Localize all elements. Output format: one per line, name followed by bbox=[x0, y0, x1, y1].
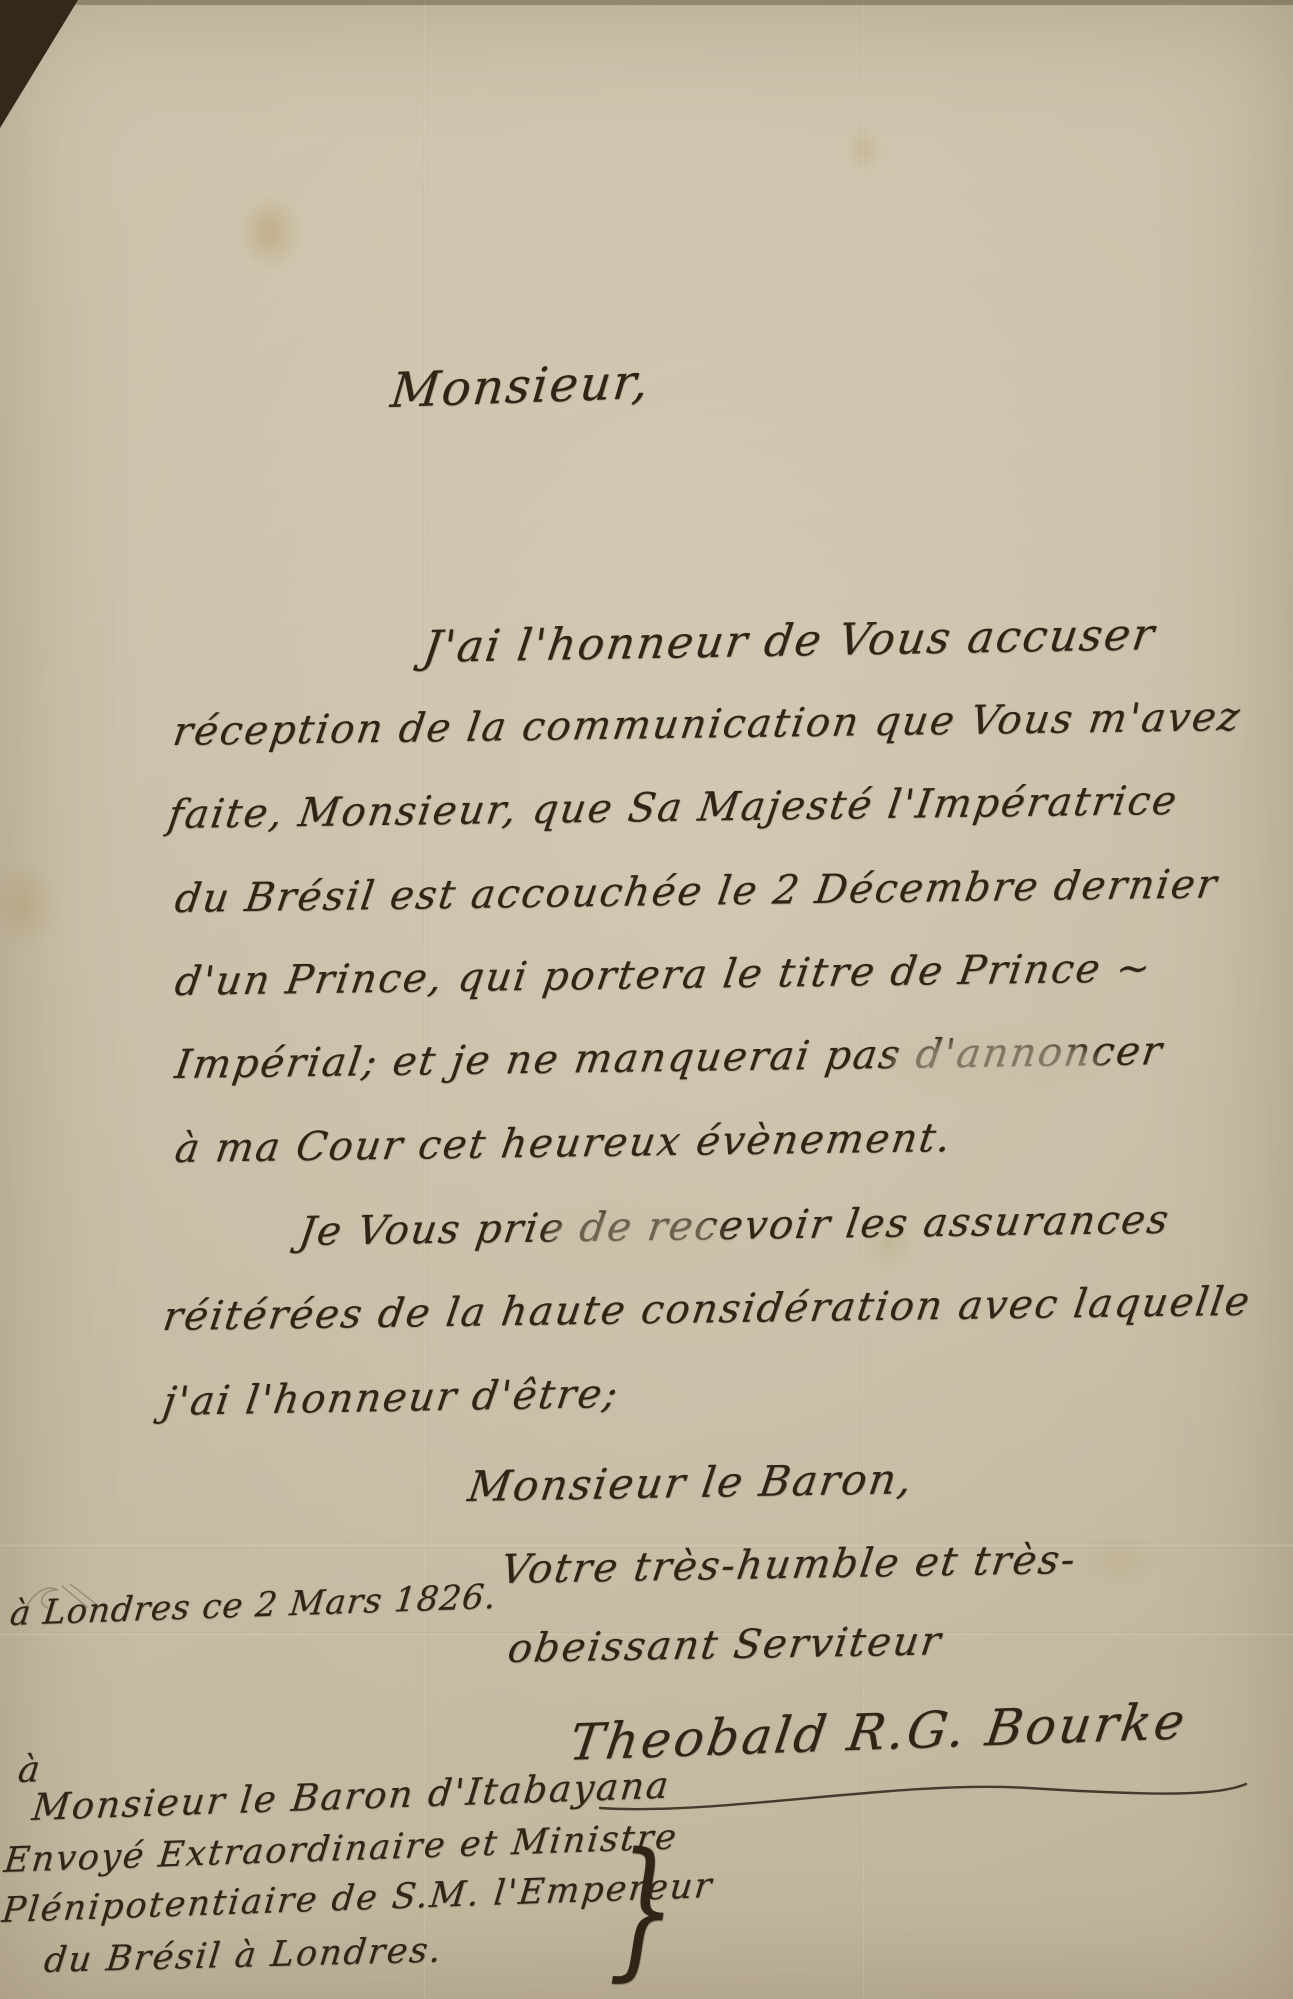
letter-page: Monsieur, J'ai l'honneur de Vous accuser… bbox=[0, 0, 1293, 1999]
body-line: du Brésil est accouchée le 2 Décembre de… bbox=[172, 861, 1221, 922]
signature-flourish-line bbox=[598, 1778, 1248, 1818]
address-line: du Brésil à Londres. bbox=[42, 1930, 445, 1981]
closing-line: obeissant Serviteur bbox=[505, 1618, 945, 1672]
vertical-fold-crease bbox=[862, 0, 865, 1999]
body-line: j'ai l'honneur d'être; bbox=[160, 1371, 622, 1425]
body-line: à ma Cour cet heureux évènement. bbox=[172, 1115, 955, 1172]
page-corner-shadow bbox=[0, 0, 78, 128]
address-brace: } bbox=[608, 1818, 678, 1998]
address-line: Monsieur le Baron d'Itabayana bbox=[30, 1764, 672, 1829]
body-line: Je Vous prie de recevoir les assurances bbox=[296, 1197, 1173, 1255]
body-line: réception de la communication que Vous m… bbox=[170, 694, 1244, 755]
ink-scribble bbox=[18, 1578, 108, 1618]
signature: Theobald R.G. Bourke bbox=[566, 1692, 1191, 1772]
body-line: Impérial; et je ne manquerai pas d'annon… bbox=[172, 1028, 1166, 1088]
salutation: Monsieur, bbox=[388, 354, 653, 419]
closing-line: Monsieur le Baron, bbox=[465, 1454, 917, 1511]
body-line: faite, Monsieur, que Sa Majesté l'Impéra… bbox=[165, 778, 1181, 838]
closing-line: Votre très-humble et très- bbox=[498, 1537, 1080, 1593]
page-top-edge bbox=[0, 0, 1293, 5]
body-line: réitérées de la haute considération avec… bbox=[160, 1279, 1254, 1340]
body-line: d'un Prince, qui portera le titre de Pri… bbox=[172, 945, 1155, 1005]
body-line: J'ai l'honneur de Vous accuser bbox=[420, 609, 1159, 673]
